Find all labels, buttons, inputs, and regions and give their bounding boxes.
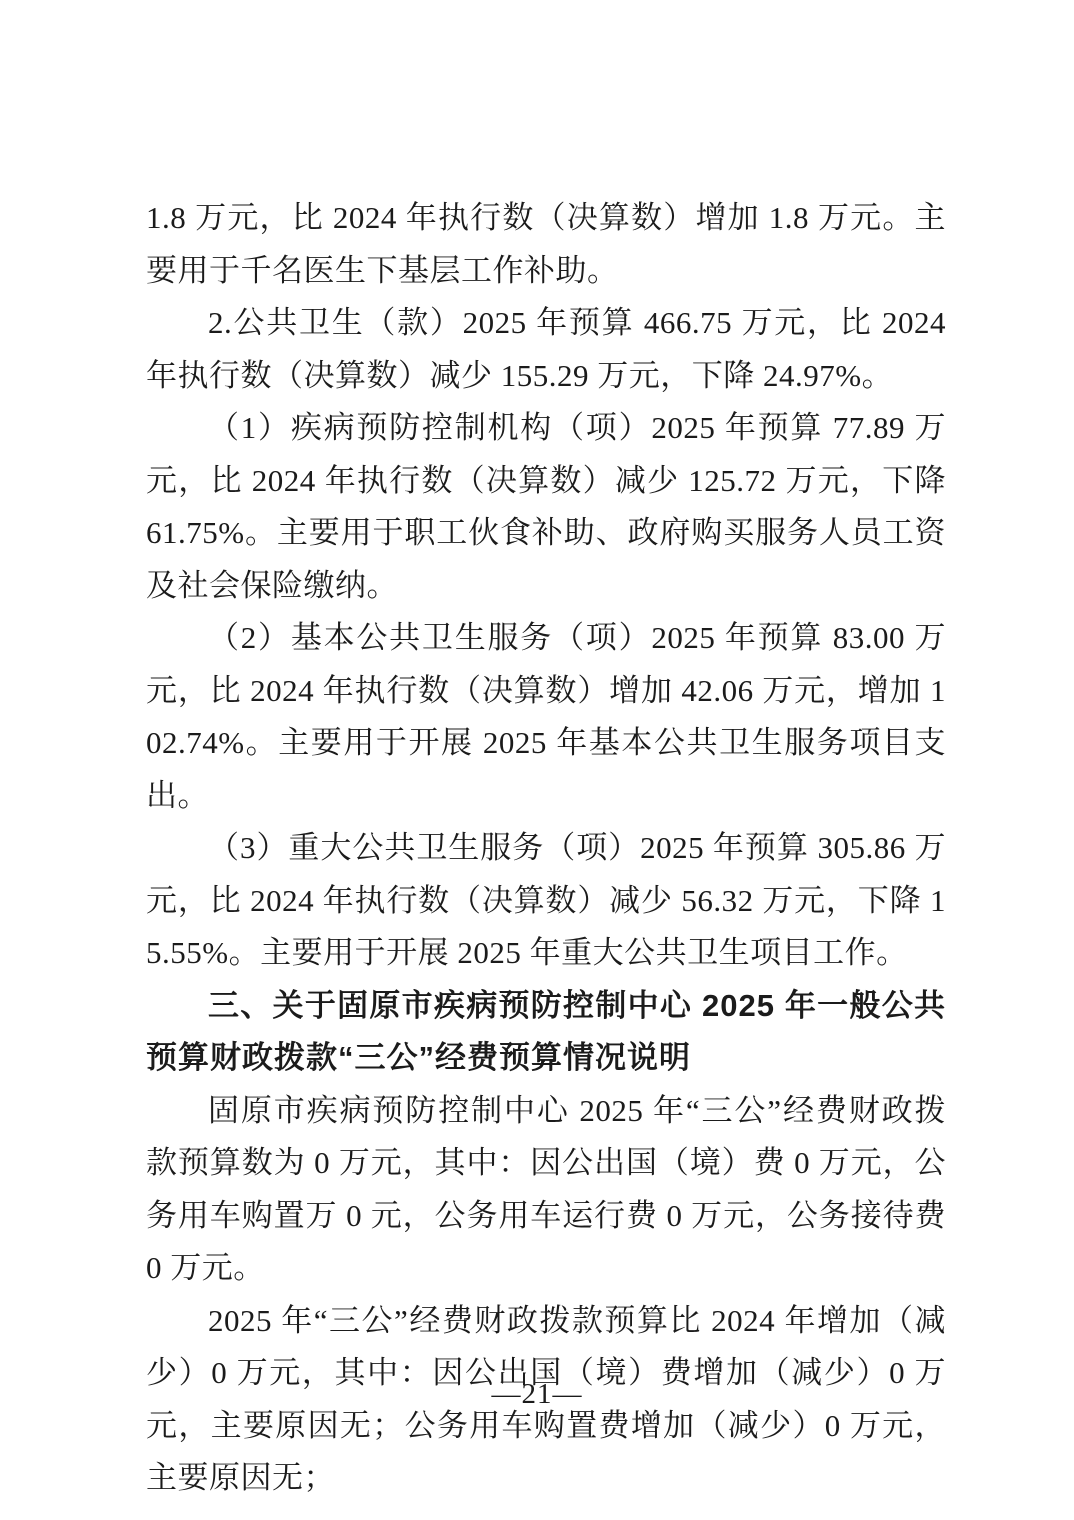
page-number: —21— bbox=[0, 1374, 1074, 1414]
paragraph-item3-major-public-health-service: （3）重大公共卫生服务（项）2025 年预算 305.86 万元，比 2024 … bbox=[146, 822, 946, 980]
paragraph-continuation-doctor-subsidy: 1.8 万元，比 2024 年执行数（决算数）增加 1.8 万元。主要用于千名医… bbox=[146, 192, 946, 297]
paragraph-item1-disease-prevention-control: （1）疾病预防控制机构（项）2025 年预算 77.89 万元，比 2024 年… bbox=[146, 402, 946, 612]
section-heading-three-public-expenses: 三、关于固原市疾病预防控制中心 2025 年一般公共预算财政拨款“三公”经费预算… bbox=[146, 980, 946, 1085]
paragraph-three-public-funds-budget: 固原市疾病预防控制中心 2025 年“三公”经费财政拨款预算数为 0 万元，其中… bbox=[146, 1085, 946, 1295]
paragraph-public-health-budget: 2.公共卫生（款）2025 年预算 466.75 万元，比 2024 年执行数（… bbox=[146, 297, 946, 402]
paragraph-item2-basic-public-health-service: （2）基本公共卫生服务（项）2025 年预算 83.00 万元，比 2024 年… bbox=[146, 612, 946, 822]
document-page: 1.8 万元，比 2024 年执行数（决算数）增加 1.8 万元。主要用于千名医… bbox=[0, 0, 1074, 1520]
